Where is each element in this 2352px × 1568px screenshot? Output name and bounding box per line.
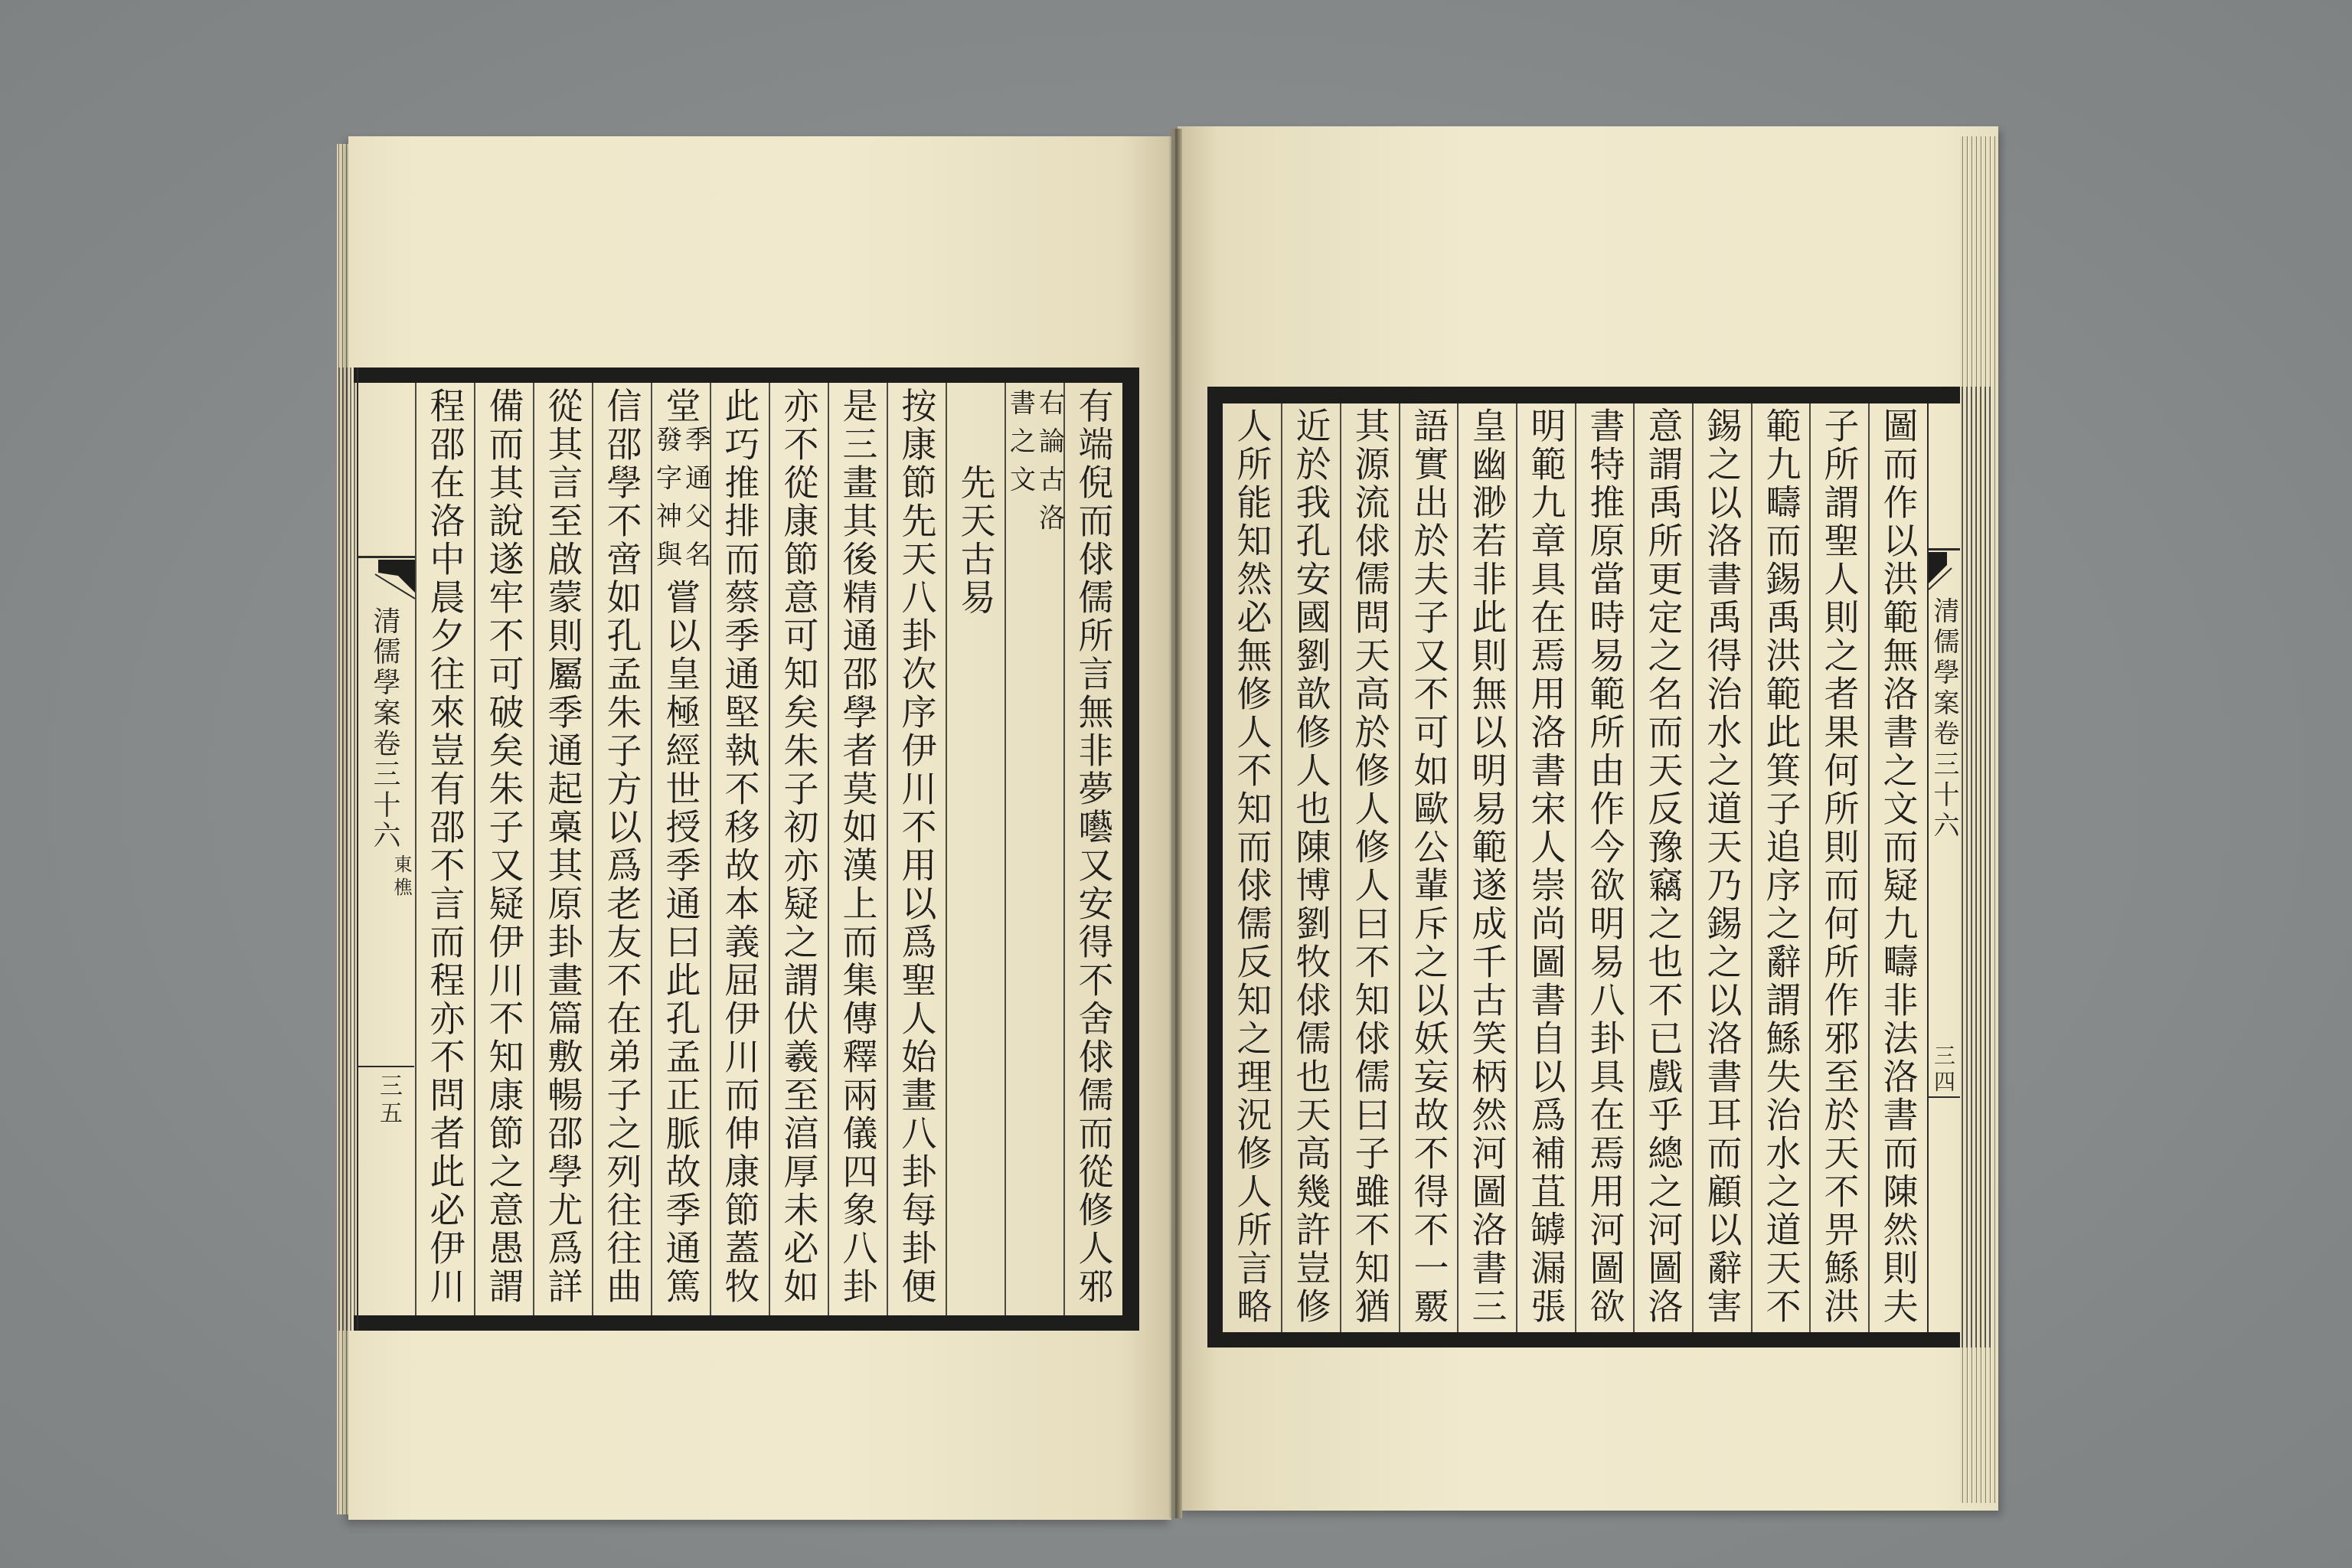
right-frame-bottom-border (1207, 1332, 1962, 1347)
note-line: 發字神與 (654, 426, 680, 579)
text-column: 備而其說遂牢不可破矣朱子又疑伊川不知康節之意愚謂 (474, 383, 533, 1315)
left-frame-bottom-border (354, 1315, 1139, 1331)
text-column: 信邵學不啻如孔孟朱子方以爲老友不在弟子之列往往曲 (592, 383, 651, 1315)
column-text: 是三畫其後精通邵學者莫如漢上而集傳釋兩儀四象八卦 (841, 387, 876, 1306)
interlinear-note: 右論古洛 書之文 (1008, 389, 1063, 542)
text-column: 錫之以洛書禹得治水之道天乃錫之以洛書耳而顧以辭害 (1692, 403, 1751, 1332)
text-column: 皇幽渺若非此則無以明易範遂成千古笑柄然河圖洛書三 (1457, 403, 1516, 1332)
text-column-with-note: 堂 季通父名 發字神與 嘗以皇極經世授季通曰此孔孟正脈故季通篤 (651, 383, 710, 1315)
left-page-number: 三五 (377, 1073, 400, 1129)
book-gutter (1168, 129, 1182, 1518)
column-text: 圖而作以洪範無洛書之文而疑九疇非法洛書而陳然則夫 (1881, 407, 1916, 1326)
text-column: 亦不從康節意可知矣朱子初亦疑之謂伏羲至湻厚未必如 (769, 383, 828, 1315)
column-text: 從其言至啟蒙則屬季通起槀其原卦畫篇敷暢邵學尤爲詳 (546, 387, 581, 1306)
text-column: 其源流俅儒問天高於修人修人曰不知俅儒曰子雖不知猶 (1340, 403, 1399, 1332)
text-column: 近於我孔安國劉歆修人也陳博劉牧俅儒也天高幾許豈修 (1281, 403, 1340, 1332)
text-column: 語實出於夫子又不可如歐公輩斥之以妖妄故不得不一覈 (1399, 403, 1458, 1332)
column-text: 程邵在洛中晨夕往來豈有邵不言而程亦不問者此必伊川 (428, 387, 463, 1306)
left-margin-outer-line (357, 367, 358, 1331)
text-column: 範九疇而錫禹洪範此箕子追序之辭謂鯀失治水之道天不 (1751, 403, 1810, 1332)
column-text: 範九疇而錫禹洪範此箕子追序之辭謂鯀失治水之道天不 (1764, 407, 1799, 1326)
column-text: 堂 (664, 387, 699, 426)
left-frame-top-border (354, 367, 1139, 383)
left-page-edge-ink (338, 367, 358, 1331)
column-text: 按康節先天八卦次序伊川不用以爲聖人始畫八卦每卦便 (900, 387, 935, 1306)
column-text: 意謂禹所更定之名而天反豫竊之也不已戲乎總之河圖洛 (1646, 407, 1681, 1326)
column-text: 亦不從康節意可知矣朱子初亦疑之謂伏羲至湻厚未必如 (782, 387, 817, 1306)
section-heading-column: 先天古易 (946, 383, 1004, 1315)
column-text: 語實出於夫子又不可如歐公輩斥之以妖妄故不得不一覈 (1412, 407, 1447, 1326)
column-text: 書特推原當時易範所由作今欲明易八卦具在焉用河圖欲 (1588, 407, 1623, 1326)
text-column: 書特推原當時易範所由作今欲明易八卦具在焉用河圖欲 (1575, 403, 1634, 1332)
left-page-number-rule (358, 1066, 414, 1067)
column-text: 子所謂聖人則之者果何所則而何所作邪至於天不畀鯀洪 (1822, 407, 1857, 1326)
left-margin-title: 清儒學案卷三十六 (371, 606, 398, 851)
column-text: 其源流俅儒問天高於修人修人曰不知俅儒曰子雖不知猶 (1353, 407, 1388, 1326)
text-column: 從其言至啟蒙則屬季通起槀其原卦畫篇敷暢邵學尤爲詳 (533, 383, 592, 1315)
column-text: 錫之以洛書禹得治水之道天乃錫之以洛書耳而顧以辭害 (1705, 407, 1740, 1326)
column-text: 人所能知然必無修人不知而俅儒反知之理況修人所言略 (1235, 407, 1270, 1326)
right-page-number: 三四 (1932, 1044, 1954, 1096)
left-frame-right-border (1122, 367, 1139, 1331)
left-margin-section: 東樵 (392, 854, 410, 900)
text-column: 意謂禹所更定之名而天反豫竊之也不已戲乎總之河圖洛 (1633, 403, 1692, 1332)
fishtail-mark-icon (358, 553, 415, 602)
text-column: 此巧推排而蔡季通堅執不移故本義屈伊川而伸康節蓋牧 (710, 383, 769, 1315)
fishtail-mark-icon (1929, 545, 1961, 594)
column-text: 明範九章具在焉用洛書宋人崇尚圖書自以爲補苴罅漏張 (1529, 407, 1564, 1326)
column-text: 皇幽渺若非此則無以明易範遂成千古笑柄然河圖洛書三 (1470, 407, 1505, 1326)
text-column: 人所能知然必無修人不知而俅儒反知之理況修人所言略 (1223, 403, 1282, 1332)
text-column: 程邵在洛中晨夕往來豈有邵不言而程亦不問者此必伊川 (415, 383, 474, 1315)
text-column: 按康節先天八卦次序伊川不用以爲聖人始畫八卦每卦便 (887, 383, 946, 1315)
text-column: 圖而作以洪範無洛書之文而疑九疇非法洛書而陳然則夫 (1868, 403, 1927, 1332)
interlinear-note: 季通父名 發字神與 (654, 426, 709, 579)
column-text: 有端倪而俅儒所言無非夢囈又安得不舍俅儒而從修人邪 (1076, 387, 1112, 1306)
text-column: 子所謂聖人則之者果何所則而何所作邪至於天不畀鯀洪 (1809, 403, 1868, 1332)
column-text: 近於我孔安國劉歆修人也陳博劉牧俅儒也天高幾許豈修 (1294, 407, 1329, 1326)
section-heading: 先天古易 (959, 464, 994, 617)
column-text: 嘗以皇極經世授季通曰此孔孟正脈故季通篤 (664, 579, 699, 1306)
right-page-edge-ink (1962, 387, 1992, 1347)
right-page-number-rule (1929, 1096, 1960, 1098)
text-column: 是三畫其後精通邵學者莫如漢上而集傳釋兩儀四象八卦 (828, 383, 887, 1315)
column-text: 備而其說遂牢不可破矣朱子又疑伊川不知康節之意愚謂 (487, 387, 522, 1306)
note-line: 書之文 (1008, 389, 1034, 504)
column-text: 信邵學不啻如孔孟朱子方以爲老友不在弟子之列往往曲 (605, 387, 640, 1306)
note-line: 右論古洛 (1037, 389, 1063, 542)
text-column: 明範九章具在焉用洛書宋人崇尚圖書自以爲補苴罅漏張 (1516, 403, 1575, 1332)
text-column: 有端倪而俅儒所言無非夢囈又安得不舍俅儒而從修人邪 (1063, 383, 1122, 1315)
note-line: 季通父名 (683, 426, 709, 579)
note-column: 右論古洛 書之文 (1004, 383, 1063, 1315)
right-frame-left-border (1207, 387, 1223, 1347)
right-frame-top-border (1207, 387, 1962, 403)
right-margin-title: 清儒學案卷三十六 (1931, 597, 1957, 842)
right-margin-inner-line (1927, 403, 1929, 1332)
column-text: 此巧推排而蔡季通堅執不移故本義屈伊川而伸康節蓋牧 (723, 387, 758, 1306)
